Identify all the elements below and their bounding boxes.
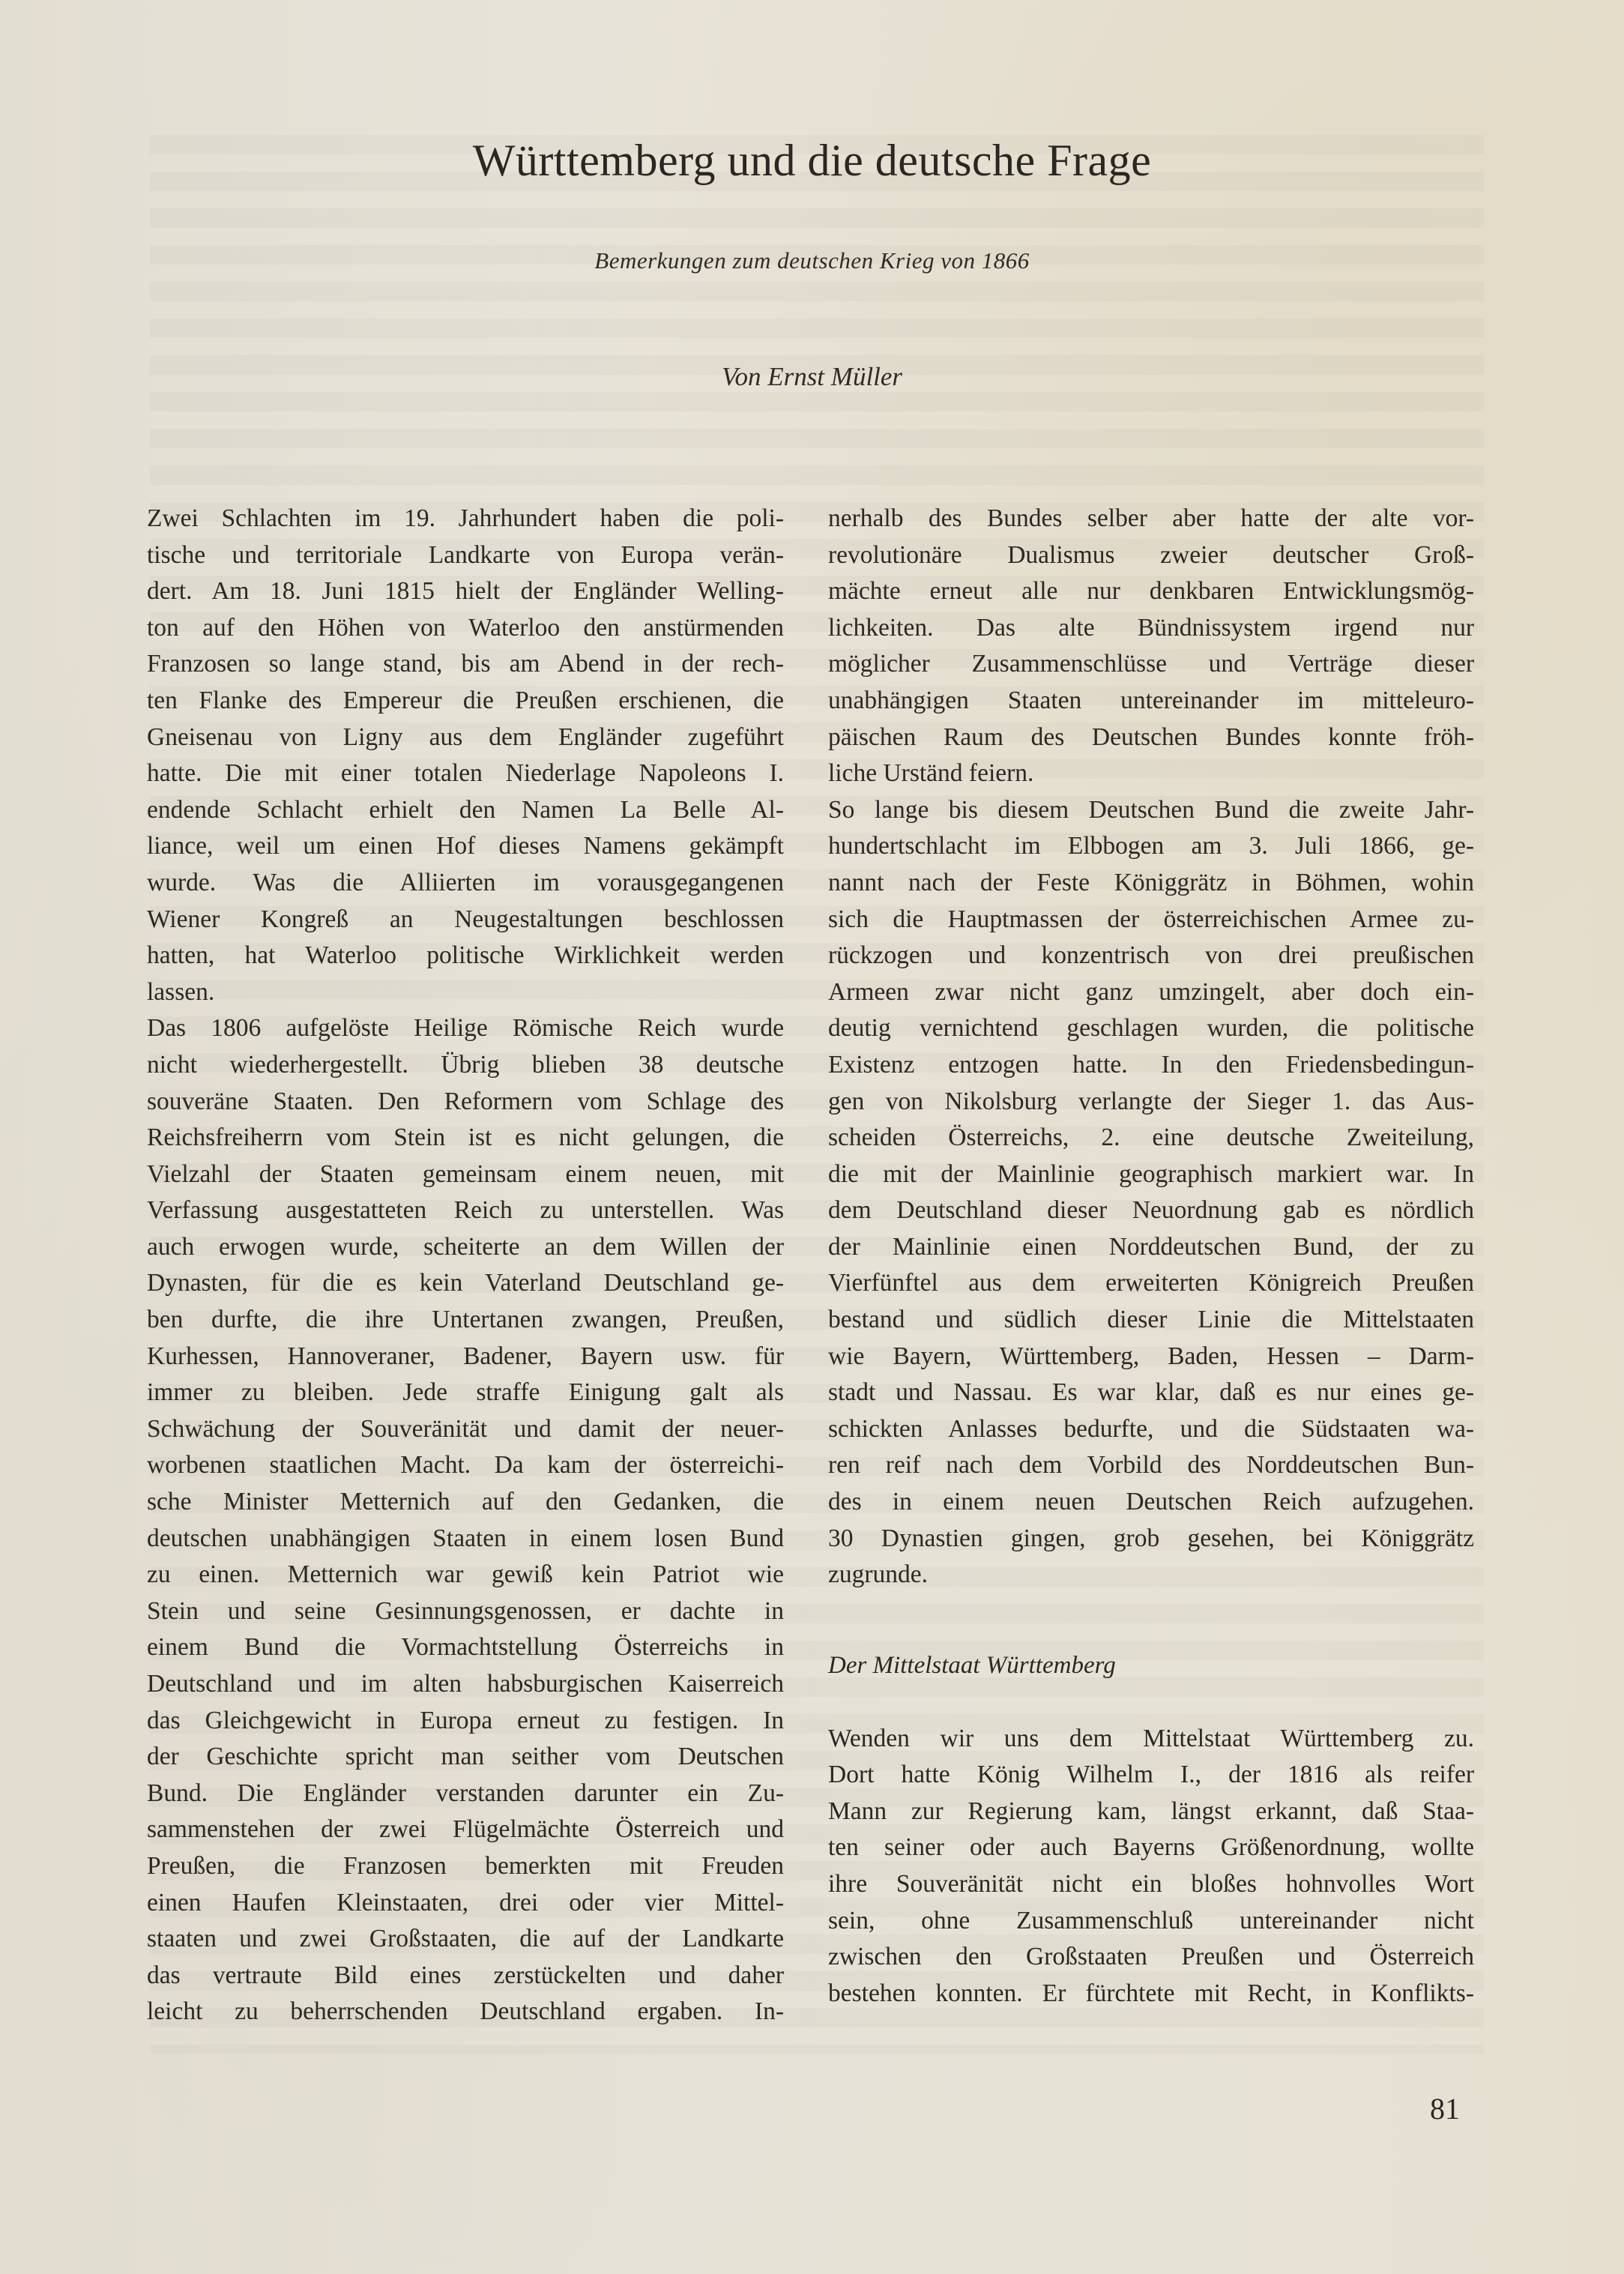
- text-line: hundertschlacht im Elbbogen am 3. Juli 1…: [828, 828, 1474, 865]
- text-line: bestehen konnten. Er fürchtete mit Recht…: [828, 1976, 1474, 2012]
- text-line: des in einem neuen Deutschen Reich aufzu…: [828, 1484, 1474, 1521]
- text-line: scheiden Österreichs, 2. eine deutsche Z…: [828, 1120, 1474, 1156]
- text-line: wie Bayern, Württemberg, Baden, Hessen –…: [828, 1339, 1474, 1375]
- text-line: ton auf den Höhen von Waterloo den anstü…: [147, 610, 784, 647]
- text-line: Vierfünftel aus dem erweiterten Königrei…: [828, 1265, 1474, 1302]
- text-line: liche Urständ feiern.: [828, 756, 1474, 792]
- article-subtitle: Bemerkungen zum deutschen Krieg von 1866: [0, 247, 1624, 274]
- page-number: 81: [1430, 2091, 1460, 2126]
- text-line: unabhängigen Staaten untereinander im mi…: [828, 683, 1474, 720]
- text-line: ten Flanke des Empereur die Preußen ersc…: [147, 683, 784, 720]
- text-line: immer zu bleiben. Jede straffe Einigung …: [147, 1375, 784, 1411]
- text-line: Kurhessen, Hannoveraner, Badener, Bayern…: [147, 1339, 784, 1375]
- text-line: ben durfte, die ihre Untertanen zwangen,…: [147, 1302, 784, 1339]
- text-line: 30 Dynastien gingen, grob gesehen, bei K…: [828, 1521, 1474, 1557]
- text-line: der Geschichte spricht man seither vom D…: [147, 1739, 784, 1776]
- text-line: Wenden wir uns dem Mittelstaat Württembe…: [828, 1721, 1474, 1758]
- text-line: Verfassung ausgestatteten Reich zu unter…: [147, 1192, 784, 1229]
- text-line: die mit der Mainlinie geographisch marki…: [828, 1156, 1474, 1193]
- article-author: Von Ernst Müller: [0, 362, 1624, 392]
- text-line: stadt und Nassau. Es war klar, daß es nu…: [828, 1375, 1474, 1411]
- text-line: worbenen staatlichen Macht. Da kam der ö…: [147, 1447, 784, 1484]
- text-line: päischen Raum des Deutschen Bundes konnt…: [828, 720, 1474, 756]
- section-heading: Der Mittelstaat Württemberg: [828, 1647, 1474, 1684]
- text-line: Das 1806 aufgelöste Heilige Römische Rei…: [147, 1010, 784, 1047]
- text-line: dert. Am 18. Juni 1815 hielt der Engländ…: [147, 573, 784, 610]
- text-line: zugrunde.: [828, 1557, 1474, 1593]
- text-line: sammenstehen der zwei Flügelmächte Öster…: [147, 1812, 784, 1848]
- section-gap: [828, 1629, 1474, 1647]
- text-line: deutig vernichtend geschlagen wurden, di…: [828, 1010, 1474, 1047]
- text-line: nannt nach der Feste Königgrätz in Böhme…: [828, 865, 1474, 902]
- text-line: hatte. Die mit einer totalen Niederlage …: [147, 756, 784, 792]
- text-line: hatten, hat Waterloo politische Wirklich…: [147, 938, 784, 974]
- text-line: sich die Hauptmassen der österreichische…: [828, 902, 1474, 938]
- text-line: sein, ohne Zusammenschluß untereinander …: [828, 1903, 1474, 1940]
- text-line: staaten und zwei Großstaaten, die auf de…: [147, 1921, 784, 1958]
- text-line: nicht wiederhergestellt. Übrig blieben 3…: [147, 1047, 784, 1084]
- text-line: Bund. Die Engländer verstanden darunter …: [147, 1776, 784, 1812]
- text-line: zwischen den Großstaaten Preußen und Öst…: [828, 1939, 1474, 1976]
- text-line: lassen.: [147, 974, 784, 1011]
- text-line: Deutschland und im alten habsburgischen …: [147, 1666, 784, 1703]
- text-line: auch erwogen wurde, scheiterte an dem Wi…: [147, 1229, 784, 1266]
- text-line: Existenz entzogen hatte. In den Friedens…: [828, 1047, 1474, 1084]
- text-line: sche Minister Metternich auf den Gedanke…: [147, 1484, 784, 1521]
- text-line: Gneisenau von Ligny aus dem Engländer zu…: [147, 720, 784, 756]
- text-line: Stein und seine Gesinnungsgenossen, er d…: [147, 1593, 784, 1630]
- text-line: einem Bund die Vormachtstellung Österrei…: [147, 1629, 784, 1666]
- text-line: möglicher Zusammenschlüsse und Verträge …: [828, 646, 1474, 683]
- text-line: der Mainlinie einen Norddeutschen Bund, …: [828, 1229, 1474, 1266]
- text-line: deutschen unabhängigen Staaten in einem …: [147, 1521, 784, 1557]
- text-line: Vielzahl der Staaten gemeinsam einem neu…: [147, 1156, 784, 1193]
- text-line: Dynasten, für die es kein Vaterland Deut…: [147, 1265, 784, 1302]
- text-line: einen Haufen Kleinstaaten, drei oder vie…: [147, 1885, 784, 1922]
- text-line: nerhalb des Bundes selber aber hatte der…: [828, 501, 1474, 537]
- text-line: dem Deutschland dieser Neuordnung gab es…: [828, 1192, 1474, 1229]
- text-line: Zwei Schlachten im 19. Jahrhundert haben…: [147, 501, 784, 537]
- text-line: bestand und südlich dieser Linie die Mit…: [828, 1302, 1474, 1339]
- left-text-column: Zwei Schlachten im 19. Jahrhundert haben…: [147, 501, 784, 2030]
- text-line: schickten Anlasses bedurfte, und die Süd…: [828, 1411, 1474, 1448]
- text-line: revolutionäre Dualismus zweier deutscher…: [828, 537, 1474, 574]
- right-column-part-1: nerhalb des Bundes selber aber hatte der…: [828, 501, 1474, 1593]
- text-line: das Gleichgewicht in Europa erneut zu fe…: [147, 1703, 784, 1740]
- text-line: endende Schlacht erhielt den Namen La Be…: [147, 792, 784, 829]
- text-line: Schwächung der Souveränität und damit de…: [147, 1411, 784, 1448]
- text-line: das vertraute Bild eines zerstückelten u…: [147, 1958, 784, 1994]
- text-line: lichkeiten. Das alte Bündnissystem irgen…: [828, 610, 1474, 647]
- right-text-column: nerhalb des Bundes selber aber hatte der…: [828, 501, 1474, 2012]
- text-line: Dort hatte König Wilhelm I., der 1816 al…: [828, 1757, 1474, 1794]
- text-line: leicht zu beherrschenden Deutschland erg…: [147, 1994, 784, 2030]
- text-line: Franzosen so lange stand, bis am Abend i…: [147, 646, 784, 683]
- text-line: gen von Nikolsburg verlangte der Sieger …: [828, 1084, 1474, 1121]
- article-title: Württemberg und die deutsche Frage: [0, 135, 1624, 187]
- text-line: ren reif nach dem Vorbild des Norddeutsc…: [828, 1447, 1474, 1484]
- text-line: zu einen. Metternich war gewiß kein Patr…: [147, 1557, 784, 1593]
- text-line: wurde. Was die Alliierten im vorausgegan…: [147, 865, 784, 902]
- text-line: So lange bis diesem Deutschen Bund die z…: [828, 792, 1474, 829]
- text-line: rückzogen und konzentrisch von drei preu…: [828, 938, 1474, 974]
- right-column-part-2: Wenden wir uns dem Mittelstaat Württembe…: [828, 1721, 1474, 2012]
- text-line: Reichsfreiherrn vom Stein ist es nicht g…: [147, 1120, 784, 1156]
- text-line: tische und territoriale Landkarte von Eu…: [147, 537, 784, 574]
- text-line: Wiener Kongreß an Neugestaltungen beschl…: [147, 902, 784, 938]
- text-line: Mann zur Regierung kam, längst erkannt, …: [828, 1794, 1474, 1830]
- text-line: souveräne Staaten. Den Reformern vom Sch…: [147, 1084, 784, 1121]
- text-line: ihre Souveränität nicht ein bloßes hohnv…: [828, 1866, 1474, 1903]
- text-line: mächte erneut alle nur denkbaren Entwick…: [828, 573, 1474, 610]
- text-line: Armeen zwar nicht ganz umzingelt, aber d…: [828, 974, 1474, 1011]
- text-line: liance, weil um einen Hof dieses Namens …: [147, 828, 784, 865]
- text-line: ten seiner oder auch Bayerns Größenordnu…: [828, 1830, 1474, 1866]
- section-gap: [828, 1684, 1474, 1721]
- section-gap: [828, 1593, 1474, 1630]
- text-line: Preußen, die Franzosen bemerkten mit Fre…: [147, 1848, 784, 1885]
